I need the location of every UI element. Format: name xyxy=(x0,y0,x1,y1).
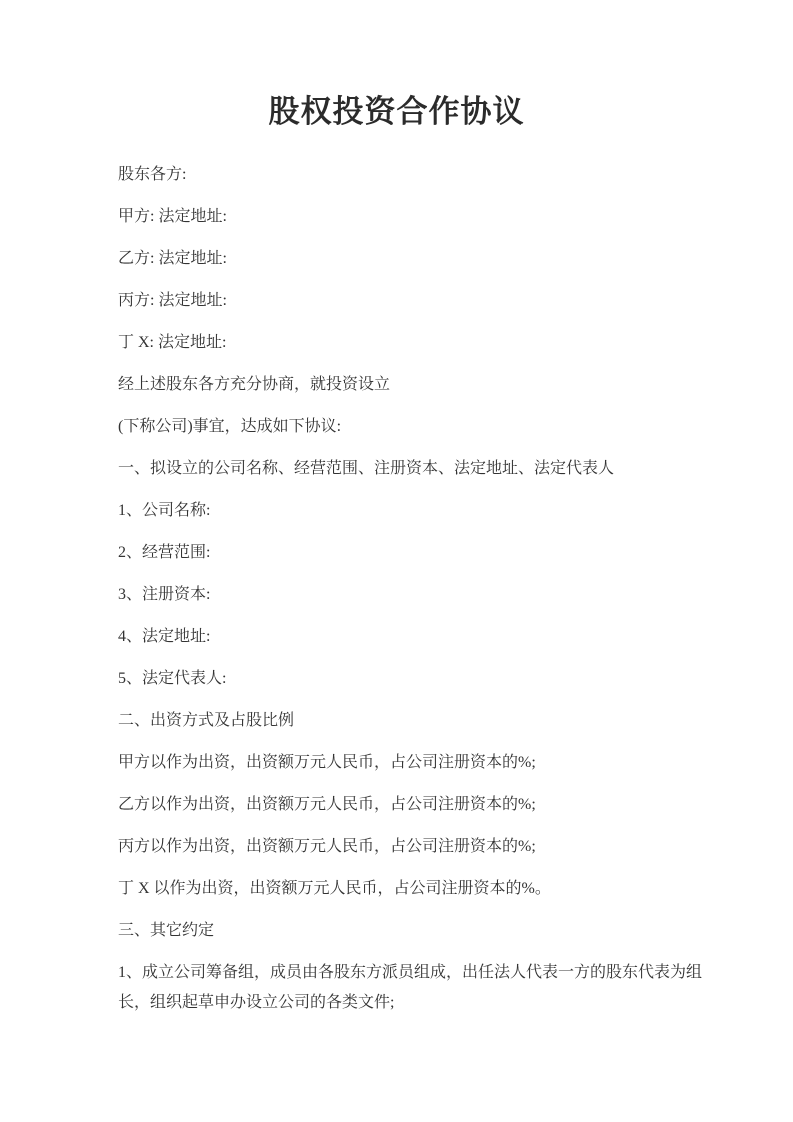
document-title: 股权投资合作协议 xyxy=(0,90,793,134)
paragraph: 经上述股东各方充分协商，就投资设立 xyxy=(118,370,708,400)
paragraph: 4、法定地址: xyxy=(118,622,708,652)
paragraph: 乙方: 法定地址: xyxy=(118,244,708,274)
paragraph: 丁 X: 法定地址: xyxy=(118,328,708,358)
paragraph: 丙方: 法定地址: xyxy=(118,286,708,316)
document-page: 股权投资合作协议 股东各方:甲方: 法定地址:乙方: 法定地址:丙方: 法定地址… xyxy=(0,0,793,1122)
paragraph: 1、成立公司筹备组，成员由各股东方派员组成，出任法人代表一方的股东代表为组长，组… xyxy=(118,958,708,1018)
paragraph: 甲方: 法定地址: xyxy=(118,202,708,232)
paragraph: 2、经营范围: xyxy=(118,538,708,568)
paragraph: 一、拟设立的公司名称、经营范围、注册资本、法定地址、法定代表人 xyxy=(118,454,708,484)
paragraph: 股东各方: xyxy=(118,160,708,190)
paragraph: 甲方以作为出资，出资额万元人民币，占公司注册资本的%; xyxy=(118,748,708,778)
paragraph: 三、其它约定 xyxy=(118,916,708,946)
paragraph: 二、出资方式及占股比例 xyxy=(118,706,708,736)
paragraph: 丙方以作为出资，出资额万元人民币，占公司注册资本的%; xyxy=(118,832,708,862)
document-body: 股东各方:甲方: 法定地址:乙方: 法定地址:丙方: 法定地址:丁 X: 法定地… xyxy=(118,160,708,1018)
paragraph: 乙方以作为出资，出资额万元人民币，占公司注册资本的%; xyxy=(118,790,708,820)
paragraph: 3、注册资本: xyxy=(118,580,708,610)
paragraph: (下称公司)事宜，达成如下协议: xyxy=(118,412,708,442)
paragraph: 5、法定代表人: xyxy=(118,664,708,694)
paragraph: 丁 X 以作为出资，出资额万元人民币，占公司注册资本的%。 xyxy=(118,874,708,904)
paragraph: 1、公司名称: xyxy=(118,496,708,526)
